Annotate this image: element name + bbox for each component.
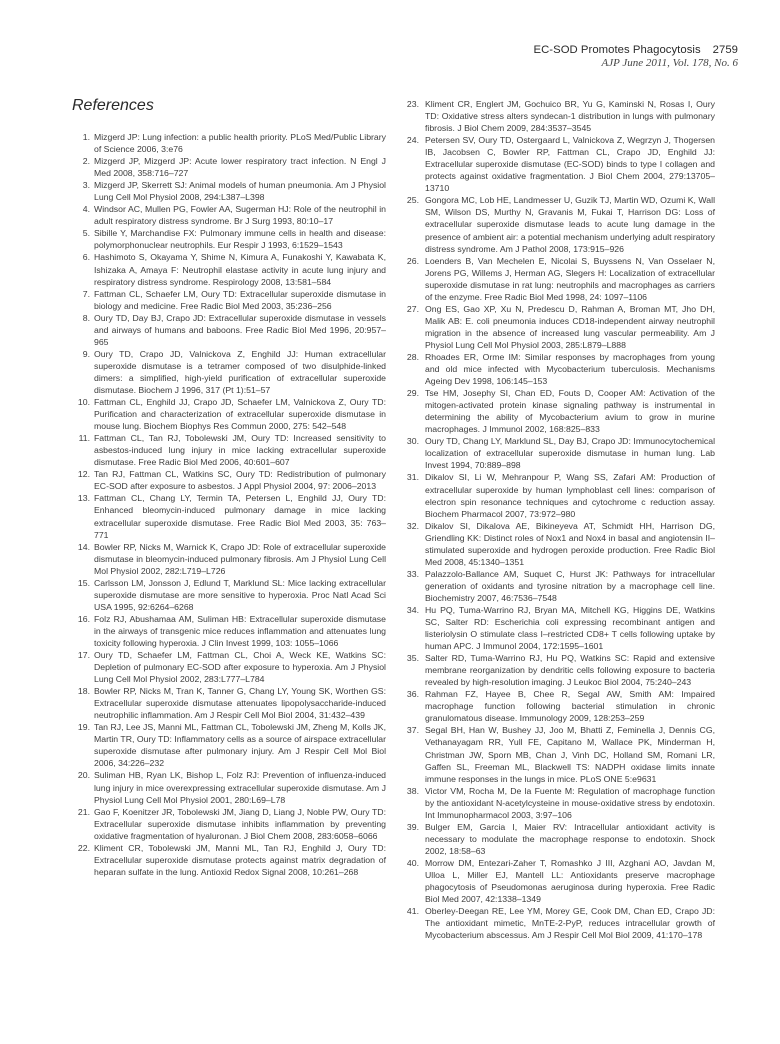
reference-text: Mizgerd JP: Lung infection: a public hea… <box>94 132 386 154</box>
reference-text: Loenders B, Van Mechelen E, Nicolai S, B… <box>425 256 715 302</box>
reference-number: 40. <box>403 857 419 869</box>
reference-number: 24. <box>403 134 419 146</box>
reference-item: 27.Ong ES, Gao XP, Xu N, Predescu D, Rah… <box>405 303 715 351</box>
reference-item: 36.Rahman FZ, Hayee B, Chee R, Segal AW,… <box>405 688 715 724</box>
reference-text: Carlsson LM, Jonsson J, Edlund T, Marklu… <box>94 578 386 612</box>
reference-number: 3. <box>76 179 90 191</box>
reference-list-left: 1.Mizgerd JP: Lung infection: a public h… <box>76 131 386 878</box>
reference-number: 41. <box>403 905 419 917</box>
reference-item: 32.Dikalov SI, Dikalova AE, Bikineyeva A… <box>405 520 715 568</box>
reference-text: Bowler RP, Nicks M, Warnick K, Crapo JD:… <box>94 542 386 576</box>
reference-number: 12. <box>76 468 90 480</box>
reference-number: 1. <box>76 131 90 143</box>
reference-number: 35. <box>403 652 419 664</box>
reference-text: Morrow DM, Entezari-Zaher T, Romashko J … <box>425 858 715 904</box>
reference-item: 15.Carlsson LM, Jonsson J, Edlund T, Mar… <box>76 577 386 613</box>
reference-text: Dikalov SI, Li W, Mehranpour P, Wang SS,… <box>425 472 715 518</box>
reference-text: Salter RD, Tuma-Warrino RJ, Hu PQ, Watki… <box>425 653 715 687</box>
reference-number: 29. <box>403 387 419 399</box>
reference-text: Tse HM, Josephy SI, Chan ED, Fouts D, Co… <box>425 388 715 434</box>
reference-number: 30. <box>403 435 419 447</box>
reference-number: 9. <box>76 348 90 360</box>
references-column-right: 23.Kliment CR, Englert JM, Gochuico BR, … <box>405 98 715 941</box>
reference-number: 39. <box>403 821 419 833</box>
reference-item: 5.Sibille Y, Marchandise FX: Pulmonary i… <box>76 227 386 251</box>
reference-number: 19. <box>76 721 90 733</box>
reference-item: 37.Segal BH, Han W, Bushey JJ, Joo M, Bh… <box>405 724 715 784</box>
reference-number: 21. <box>76 806 90 818</box>
section-title: References <box>72 97 154 115</box>
reference-number: 23. <box>403 98 419 110</box>
reference-item: 30.Oury TD, Chang LY, Marklund SL, Day B… <box>405 435 715 471</box>
reference-number: 13. <box>76 492 90 504</box>
reference-text: Kliment CR, Englert JM, Gochuico BR, Yu … <box>425 99 715 133</box>
reference-item: 40.Morrow DM, Entezari-Zaher T, Romashko… <box>405 857 715 905</box>
reference-number: 34. <box>403 604 419 616</box>
reference-text: Suliman HB, Ryan LK, Bishop L, Folz RJ: … <box>94 770 386 804</box>
reference-number: 32. <box>403 520 419 532</box>
reference-number: 5. <box>76 227 90 239</box>
reference-number: 22. <box>76 842 90 854</box>
reference-item: 2.Mizgerd JP, Mizgerd JP: Acute lower re… <box>76 155 386 179</box>
reference-item: 23.Kliment CR, Englert JM, Gochuico BR, … <box>405 98 715 134</box>
reference-text: Mizgerd JP, Skerrett SJ: Animal models o… <box>94 180 386 202</box>
reference-text: Oberley-Deegan RE, Lee YM, Morey GE, Coo… <box>425 906 715 940</box>
reference-text: Tan RJ, Fattman CL, Watkins SC, Oury TD:… <box>94 469 386 491</box>
reference-text: Fattman CL, Chang LY, Termin TA, Peterse… <box>94 493 386 539</box>
reference-item: 4.Windsor AC, Mullen PG, Fowler AA, Suge… <box>76 203 386 227</box>
reference-item: 6.Hashimoto S, Okayama Y, Shime N, Kimur… <box>76 251 386 287</box>
reference-text: Oury TD, Schaefer LM, Fattman CL, Choi A… <box>94 650 386 684</box>
reference-item: 9.Oury TD, Crapo JD, Valnickova Z, Enghi… <box>76 348 386 396</box>
journal-citation: AJP June 2011, Vol. 178, No. 6 <box>534 57 739 69</box>
reference-item: 10.Fattman CL, Enghild JJ, Crapo JD, Sch… <box>76 396 386 432</box>
running-title-line: EC-SOD Promotes Phagocytosis2759 <box>534 44 739 56</box>
reference-number: 28. <box>403 351 419 363</box>
reference-item: 19.Tan RJ, Lee JS, Manni ML, Fattman CL,… <box>76 721 386 769</box>
reference-item: 35.Salter RD, Tuma-Warrino RJ, Hu PQ, Wa… <box>405 652 715 688</box>
reference-text: Folz RJ, Abushamaa AM, Suliman HB: Extra… <box>94 614 386 648</box>
reference-text: Sibille Y, Marchandise FX: Pulmonary imm… <box>94 228 386 250</box>
reference-item: 41.Oberley-Deegan RE, Lee YM, Morey GE, … <box>405 905 715 941</box>
reference-number: 31. <box>403 471 419 483</box>
reference-text: Oury TD, Chang LY, Marklund SL, Day BJ, … <box>425 436 715 470</box>
reference-item: 20.Suliman HB, Ryan LK, Bishop L, Folz R… <box>76 769 386 805</box>
reference-number: 37. <box>403 724 419 736</box>
reference-item: 11.Fattman CL, Tan RJ, Tobolewski JM, Ou… <box>76 432 386 468</box>
reference-number: 2. <box>76 155 90 167</box>
reference-item: 12.Tan RJ, Fattman CL, Watkins SC, Oury … <box>76 468 386 492</box>
reference-item: 26.Loenders B, Van Mechelen E, Nicolai S… <box>405 255 715 303</box>
reference-number: 8. <box>76 312 90 324</box>
reference-text: Dikalov SI, Dikalova AE, Bikineyeva AT, … <box>425 521 715 567</box>
reference-item: 25.Gongora MC, Lob HE, Landmesser U, Guz… <box>405 194 715 254</box>
reference-item: 13.Fattman CL, Chang LY, Termin TA, Pete… <box>76 492 386 540</box>
reference-text: Tan RJ, Lee JS, Manni ML, Fattman CL, To… <box>94 722 386 768</box>
reference-item: 1.Mizgerd JP: Lung infection: a public h… <box>76 131 386 155</box>
reference-number: 10. <box>76 396 90 408</box>
reference-number: 7. <box>76 288 90 300</box>
reference-item: 17.Oury TD, Schaefer LM, Fattman CL, Cho… <box>76 649 386 685</box>
reference-number: 14. <box>76 541 90 553</box>
reference-item: 3.Mizgerd JP, Skerrett SJ: Animal models… <box>76 179 386 203</box>
reference-number: 17. <box>76 649 90 661</box>
reference-text: Windsor AC, Mullen PG, Fowler AA, Sugerm… <box>94 204 386 226</box>
reference-item: 22.Kliment CR, Tobolewski JM, Manni ML, … <box>76 842 386 878</box>
reference-text: Oury TD, Crapo JD, Valnickova Z, Enghild… <box>94 349 386 395</box>
reference-number: 36. <box>403 688 419 700</box>
reference-text: Petersen SV, Oury TD, Ostergaard L, Valn… <box>425 135 715 193</box>
reference-text: Rhoades ER, Orme IM: Similar responses b… <box>425 352 715 386</box>
reference-item: 21.Gao F, Koenitzer JR, Tobolewski JM, J… <box>76 806 386 842</box>
page-number: 2759 <box>713 44 738 56</box>
reference-item: 39.Bulger EM, Garcia I, Maier RV: Intrac… <box>405 821 715 857</box>
reference-item: 7.Fattman CL, Schaefer LM, Oury TD: Extr… <box>76 288 386 312</box>
reference-text: Fattman CL, Schaefer LM, Oury TD: Extrac… <box>94 289 386 311</box>
running-header: EC-SOD Promotes Phagocytosis2759 AJP Jun… <box>534 44 739 69</box>
reference-item: 33.Palazzolo-Ballance AM, Suquet C, Hurs… <box>405 568 715 604</box>
reference-text: Rahman FZ, Hayee B, Chee R, Segal AW, Sm… <box>425 689 715 723</box>
reference-number: 11. <box>76 432 90 444</box>
reference-text: Mizgerd JP, Mizgerd JP: Acute lower resp… <box>94 156 386 178</box>
reference-text: Hashimoto S, Okayama Y, Shime N, Kimura … <box>94 252 386 286</box>
reference-text: Kliment CR, Tobolewski JM, Manni ML, Tan… <box>94 843 386 877</box>
reference-number: 33. <box>403 568 419 580</box>
reference-text: Oury TD, Day BJ, Crapo JD: Extracellular… <box>94 313 386 347</box>
reference-text: Fattman CL, Enghild JJ, Crapo JD, Schaef… <box>94 397 386 431</box>
reference-number: 6. <box>76 251 90 263</box>
running-title: EC-SOD Promotes Phagocytosis <box>534 44 701 56</box>
reference-text: Victor VM, Rocha M, De la Fuente M: Regu… <box>425 786 715 820</box>
reference-text: Palazzolo-Ballance AM, Suquet C, Hurst J… <box>425 569 715 603</box>
reference-number: 20. <box>76 769 90 781</box>
reference-text: Fattman CL, Tan RJ, Tobolewski JM, Oury … <box>94 433 386 467</box>
reference-list-right: 23.Kliment CR, Englert JM, Gochuico BR, … <box>405 98 715 941</box>
reference-item: 38.Victor VM, Rocha M, De la Fuente M: R… <box>405 785 715 821</box>
reference-number: 15. <box>76 577 90 589</box>
reference-number: 26. <box>403 255 419 267</box>
reference-item: 34.Hu PQ, Tuma-Warrino RJ, Bryan MA, Mit… <box>405 604 715 652</box>
reference-item: 18.Bowler RP, Nicks M, Tran K, Tanner G,… <box>76 685 386 721</box>
reference-item: 29.Tse HM, Josephy SI, Chan ED, Fouts D,… <box>405 387 715 435</box>
reference-number: 27. <box>403 303 419 315</box>
reference-number: 25. <box>403 194 419 206</box>
reference-number: 16. <box>76 613 90 625</box>
reference-item: 14.Bowler RP, Nicks M, Warnick K, Crapo … <box>76 541 386 577</box>
reference-item: 24.Petersen SV, Oury TD, Ostergaard L, V… <box>405 134 715 194</box>
reference-text: Bulger EM, Garcia I, Maier RV: Intracell… <box>425 822 715 856</box>
reference-text: Gongora MC, Lob HE, Landmesser U, Guzik … <box>425 195 715 253</box>
reference-item: 8.Oury TD, Day BJ, Crapo JD: Extracellul… <box>76 312 386 348</box>
reference-number: 18. <box>76 685 90 697</box>
references-column-left: 1.Mizgerd JP: Lung infection: a public h… <box>76 131 386 878</box>
reference-item: 28.Rhoades ER, Orme IM: Similar response… <box>405 351 715 387</box>
reference-number: 38. <box>403 785 419 797</box>
reference-text: Gao F, Koenitzer JR, Tobolewski JM, Jian… <box>94 807 386 841</box>
reference-text: Ong ES, Gao XP, Xu N, Predescu D, Rahman… <box>425 304 715 350</box>
reference-text: Bowler RP, Nicks M, Tran K, Tanner G, Ch… <box>94 686 386 720</box>
reference-text: Segal BH, Han W, Bushey JJ, Joo M, Bhatt… <box>425 725 715 783</box>
reference-item: 16.Folz RJ, Abushamaa AM, Suliman HB: Ex… <box>76 613 386 649</box>
reference-number: 4. <box>76 203 90 215</box>
reference-item: 31.Dikalov SI, Li W, Mehranpour P, Wang … <box>405 471 715 519</box>
reference-text: Hu PQ, Tuma-Warrino RJ, Bryan MA, Mitche… <box>425 605 715 651</box>
